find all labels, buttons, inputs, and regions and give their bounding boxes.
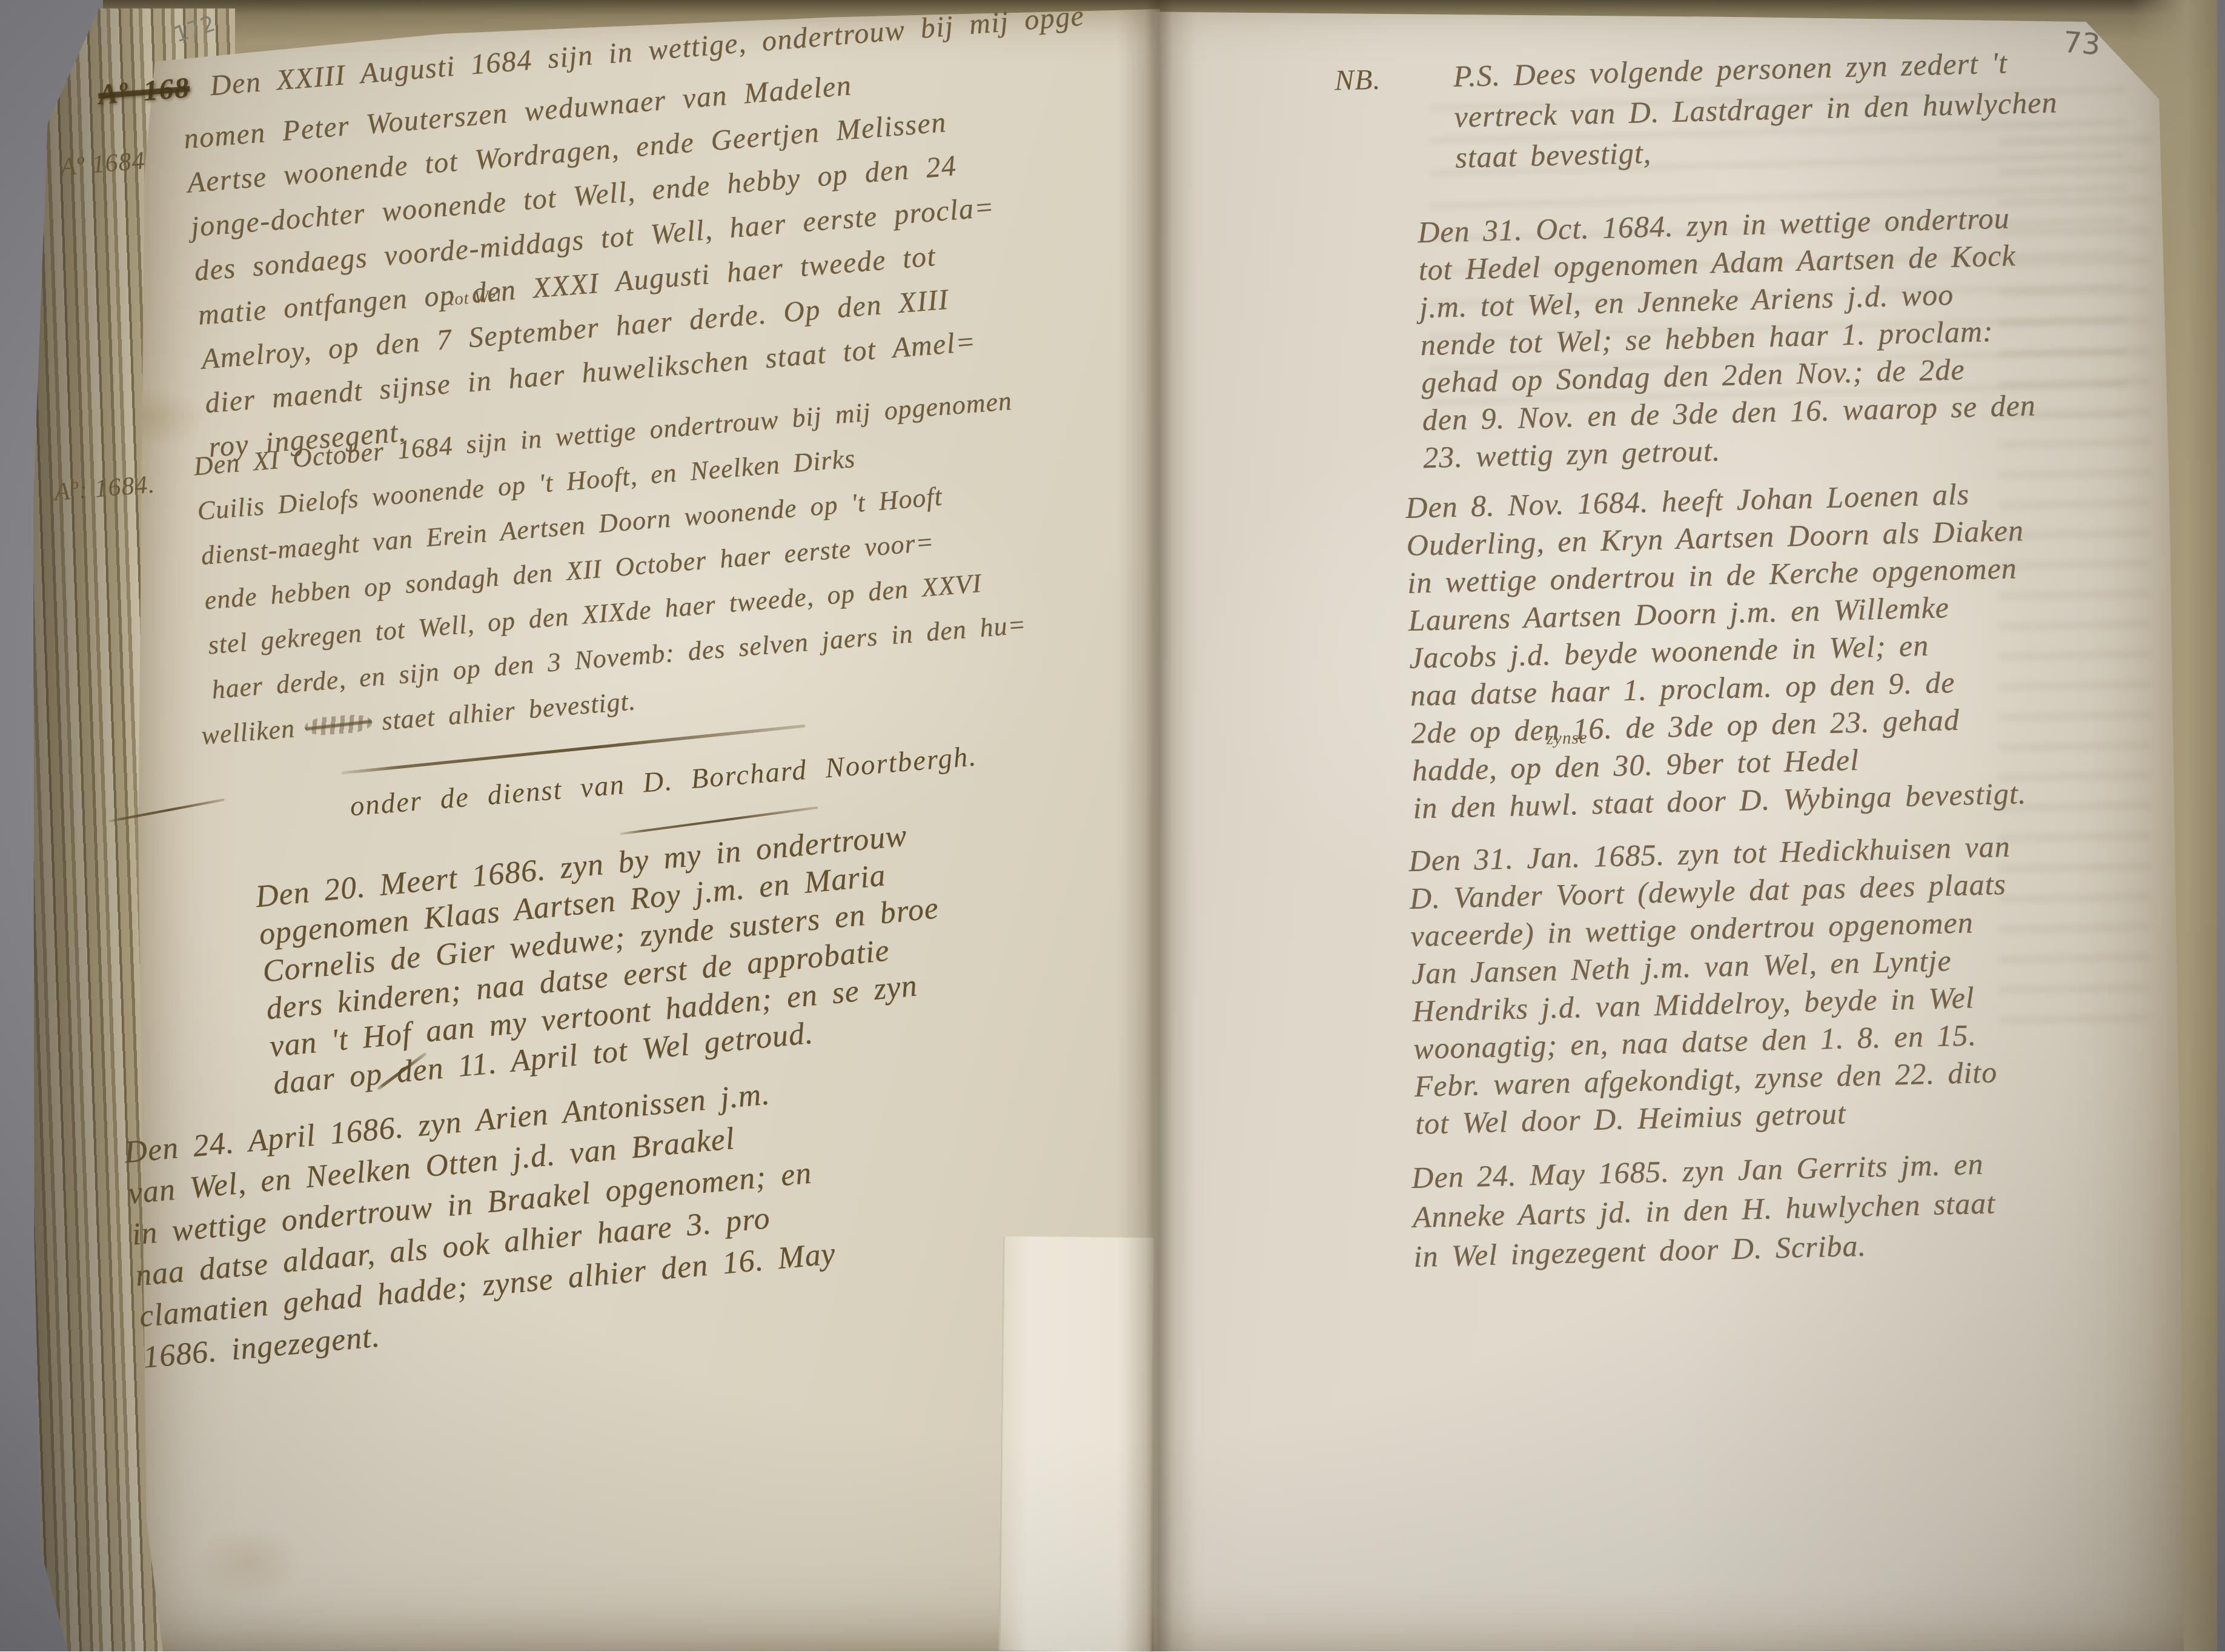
- margin-year-annotation: Aº 1684: [59, 146, 147, 182]
- nota-bene-annotation: NB.: [1334, 63, 1381, 98]
- right-page-text: NB. P.S. Dees volgende personen zyn zede…: [1399, 31, 2225, 1565]
- left-page-text: Aº 168Den XXIII Augusti 1684 sijn in wet…: [91, 0, 1287, 1588]
- register-entry: Den 20. Meert 1686. zyn by my in ondertr…: [254, 815, 951, 1103]
- section-header: onder de dienst van D. Borchard Noortber…: [349, 740, 978, 823]
- crossed-out-text: Aº 168: [97, 71, 191, 111]
- page-intro-note: P.S. Dees volgende personen zyn zedert '…: [1453, 42, 2059, 178]
- crossed-out-word: [303, 713, 373, 737]
- photograph-backdrop: 172 Aº 168Den XXIII Augusti 1684 sijn in…: [0, 0, 2225, 1651]
- interlinear-insertion: zynse: [1546, 728, 1588, 749]
- register-entry: Den 31. Jan. 1685. zyn tot Hedickhuisen …: [1408, 828, 2017, 1143]
- manuscript-text: welliken: [201, 714, 296, 751]
- register-entry: Den 31. Oct. 1684. zyn in wettige ondert…: [1418, 199, 2037, 477]
- register-entry: Den 8. Nov. 1684. heeft Johan Loenen als…: [1405, 474, 2031, 827]
- register-entry: Den 24. April 1686. zyn Arien Antonissen…: [123, 1069, 841, 1379]
- register-entry: Den 24. May 1685. zyn Jan Gerrits jm. en…: [1411, 1144, 1997, 1276]
